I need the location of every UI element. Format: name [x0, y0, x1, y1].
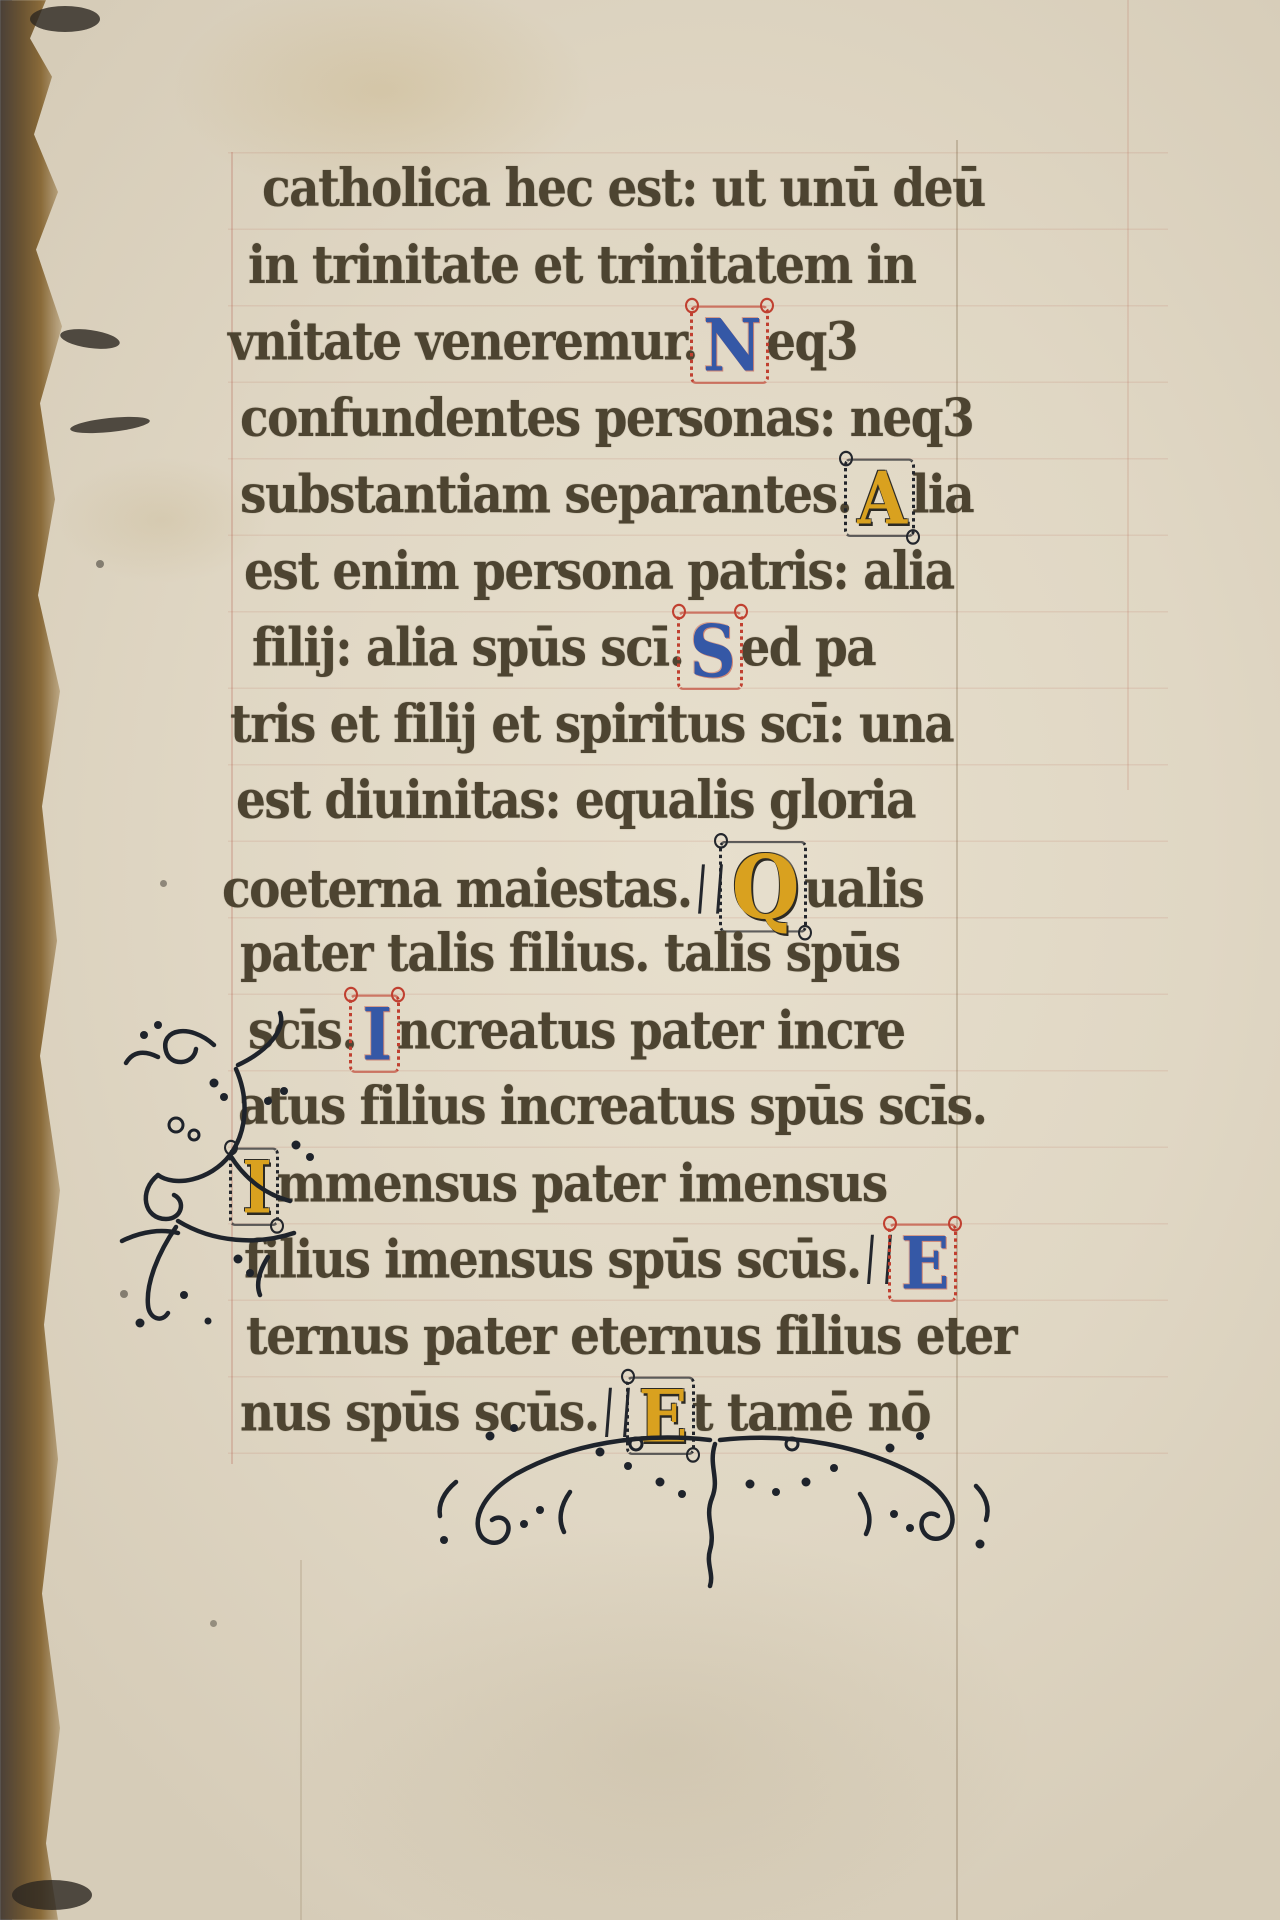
manuscript-line-11: pater talis filius. talis spūs	[240, 927, 900, 980]
initial-letter: E	[901, 1233, 948, 1298]
manuscript-line-1: catholica hec est: ut unū deū	[262, 162, 985, 215]
text-segment: lia	[912, 464, 974, 526]
illuminated-initial-q: Q	[732, 849, 798, 928]
illuminated-initial-s: S	[690, 621, 735, 686]
text-segment: ternus pater eternus filius eter	[246, 1305, 1016, 1367]
manuscript-line-9: est diuinitas: equalis gloria	[236, 774, 915, 827]
text-segment: coeterna maiestas.	[222, 858, 692, 920]
illuminated-initial-i: I	[362, 1003, 390, 1068]
initial-letter: N	[703, 315, 760, 380]
text-segment: catholica hec est: ut unū deū	[262, 158, 985, 220]
initial-letter: Q	[732, 849, 798, 928]
text-segment: mmensus pater imensus	[276, 1153, 886, 1215]
manuscript-line-10: coeterna maiestas.Qualis	[222, 849, 923, 928]
manuscript-line-8: tris et filij et spiritus scī: una	[230, 698, 953, 751]
text-segment: in trinitate et trinitatem in	[248, 234, 916, 296]
text-segment: est enim persona patris: alia	[244, 540, 954, 602]
manuscript-line-6: est enim persona patris: alia	[244, 545, 954, 598]
text-segment: substantiam separantes.	[240, 464, 851, 526]
text-segment: ualis	[804, 858, 923, 920]
text-segment: eq3	[766, 311, 857, 373]
manuscript-line-3: vnitate veneremur.Neq3	[228, 315, 857, 380]
text-segment: filij: alia spūs scī.	[252, 617, 684, 679]
margin-flourish-drawing	[118, 1005, 333, 1355]
manuscript-line-15: filius imensus spūs scūs.E	[244, 1233, 954, 1298]
text-segment: ncreatus pater incre	[397, 1000, 905, 1062]
manuscript-line-16: ternus pater eternus filius eter	[246, 1310, 1016, 1363]
manuscript-line-2: in trinitate et trinitatem in	[248, 239, 916, 292]
bottom-flourish-drawing	[420, 1422, 1000, 1597]
manuscript-line-7: filij: alia spūs scī.Sed pa	[252, 621, 875, 686]
manuscript-photo: catholica hec est: ut unū deūin trinitat…	[0, 0, 1280, 1920]
initial-letter: A	[857, 468, 905, 533]
initial-letter: S	[690, 621, 735, 686]
text-segment: est diuinitas: equalis gloria	[236, 770, 915, 832]
manuscript-line-12: scīs.Increatus pater incre	[248, 1003, 905, 1068]
illuminated-initial-a: A	[857, 468, 905, 533]
text-segment: tris et filij et spiritus scī: una	[230, 693, 953, 755]
manuscript-line-4: confundentes personas: neq3	[240, 392, 973, 445]
text-segment: filius imensus spūs scūs.	[244, 1229, 861, 1291]
text-segment: vnitate veneremur.	[228, 311, 697, 373]
text-segment: atus filius increatus spūs scīs.	[238, 1076, 986, 1138]
manuscript-line-5: substantiam separantes.Alia	[240, 468, 973, 533]
illuminated-initial-e: E	[901, 1233, 948, 1298]
text-segment: pater talis filius. talis spūs	[240, 923, 900, 985]
illuminated-initial-n: N	[703, 315, 760, 380]
text-segment: ed pa	[740, 617, 875, 679]
initial-letter: I	[362, 1003, 390, 1068]
text-block: catholica hec est: ut unū deūin trinitat…	[0, 0, 1280, 1920]
manuscript-line-13: atus filius increatus spūs scīs.	[238, 1080, 986, 1133]
text-segment: confundentes personas: neq3	[240, 387, 973, 449]
manuscript-line-14: Immensus pater imensus	[236, 1156, 887, 1221]
